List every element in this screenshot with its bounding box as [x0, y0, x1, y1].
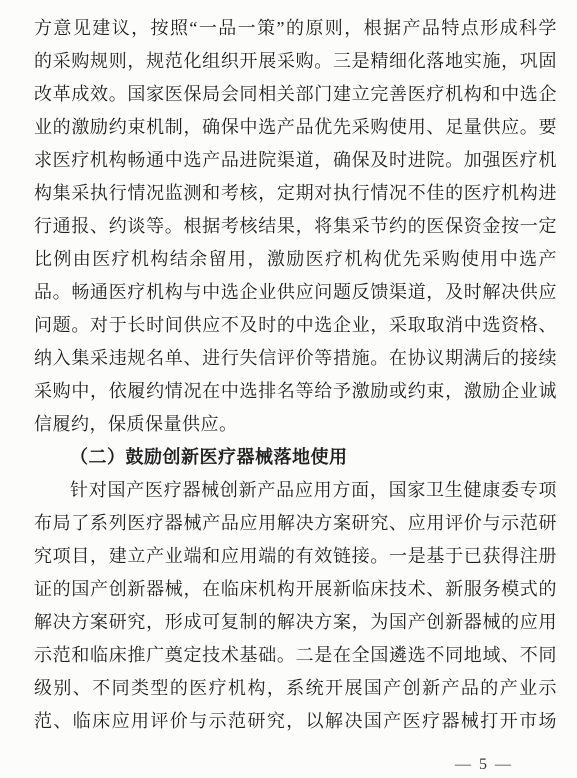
- text-line: 纳入集采违规名单、进行失信评价等措施。在协议期满后的接续: [34, 342, 557, 375]
- text-line: 业的激励约束机制，确保中选产品优先采购使用、足量供应。要: [34, 111, 557, 144]
- text-line: 信履约，保质保量供应。: [34, 408, 557, 441]
- text-line: 方意见建议，按照“一品一策”的原则，根据产品特点形成科学: [34, 12, 557, 45]
- text-line: 的采购规则，规范化组织开展采购。三是精细化落地实施，巩固: [34, 45, 557, 78]
- document-body: 方意见建议，按照“一品一策”的原则，根据产品特点形成科学的采购规则，规范化组织开…: [34, 12, 557, 738]
- text-line: 范、临床应用评价与示范研究，以解决国产医疗器械打开市场: [34, 705, 557, 738]
- text-line: 解决方案研究，形成可复制的解决方案，为国产创新器械的应用: [34, 606, 557, 639]
- text-line: 针对国产医疗器械创新产品应用方面，国家卫生健康委专项: [34, 474, 557, 507]
- text-line: 采购中，依履约情况在中选排名等给予激励或约束，激励企业诚: [34, 375, 557, 408]
- text-line: 求医疗机构畅通中选产品进院渠道，确保及时进院。加强医疗机: [34, 144, 557, 177]
- section-heading: （二）鼓励创新医疗器械落地使用: [34, 441, 557, 474]
- page-number: — 5 —: [455, 756, 513, 774]
- text-line: 比例由医疗机构结余留用，激励医疗机构优先采购使用中选产: [34, 243, 557, 276]
- text-line: 布局了系列医疗器械产品应用解决方案研究、应用评价与示范研: [34, 507, 557, 540]
- text-line: 究项目，建立产业端和应用端的有效链接。一是基于已获得注册: [34, 540, 557, 573]
- text-line: 问题。对于长时间供应不及时的中选企业，采取取消中选资格、: [34, 309, 557, 342]
- text-line: 构集采执行情况监测和考核，定期对执行情况不佳的医疗机构进: [34, 177, 557, 210]
- text-line: 品。畅通医疗机构与中选企业供应问题反馈渠道，及时解决供应: [34, 276, 557, 309]
- text-line: 改革成效。国家医保局会同相关部门建立完善医疗机构和中选企: [34, 78, 557, 111]
- text-line: 级别、不同类型的医疗机构，系统开展国产创新产品的产业示: [34, 672, 557, 705]
- text-line: 证的国产创新器械，在临床机构开展新临床技术、新服务模式的: [34, 573, 557, 606]
- text-line: 示范和临床推广奠定技术基础。二是在全国遴选不同地域、不同: [34, 639, 557, 672]
- document-page: 方意见建议，按照“一品一策”的原则，根据产品特点形成科学的采购规则，规范化组织开…: [0, 0, 577, 778]
- text-line: 行通报、约谈等。根据考核结果，将集采节约的医保资金按一定: [34, 210, 557, 243]
